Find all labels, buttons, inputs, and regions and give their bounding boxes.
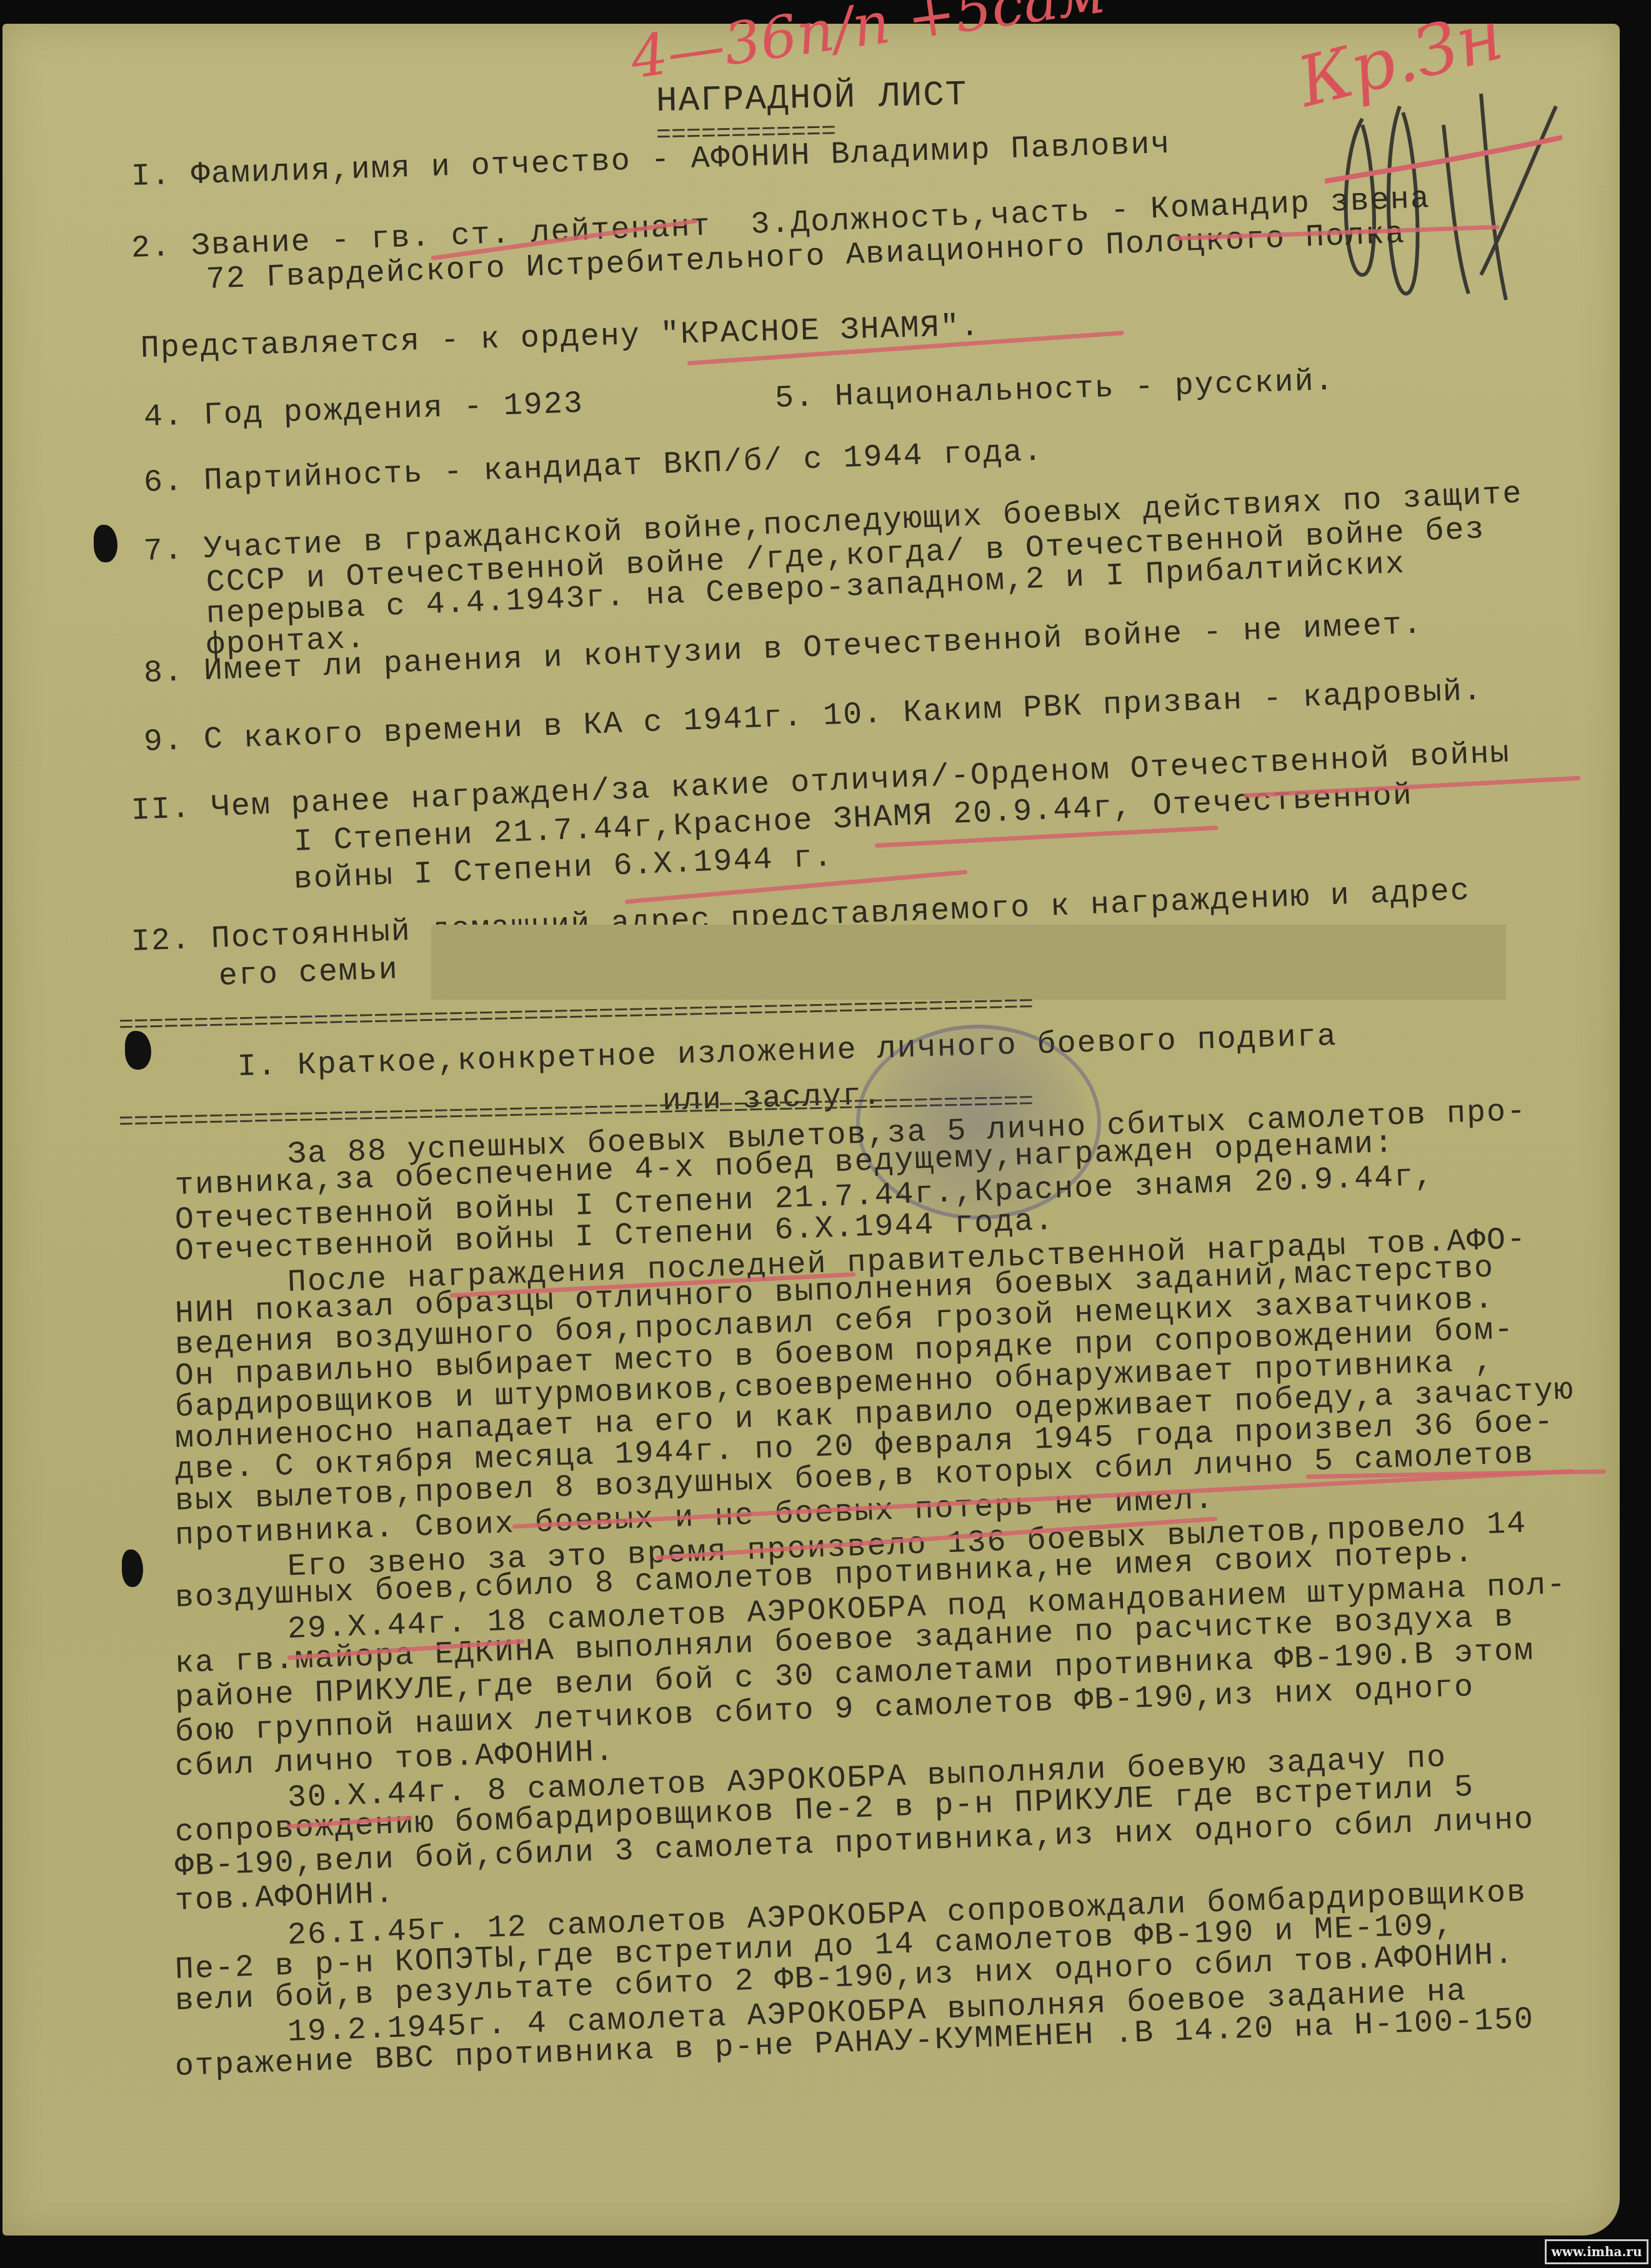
- document-title: НАГРАДНОЙ ЛИСТ: [656, 75, 968, 121]
- field-12-family-label: его семьи: [218, 952, 399, 995]
- site-watermark: www.imha.ru: [1545, 2239, 1649, 2264]
- redacted-address: [431, 925, 1506, 1000]
